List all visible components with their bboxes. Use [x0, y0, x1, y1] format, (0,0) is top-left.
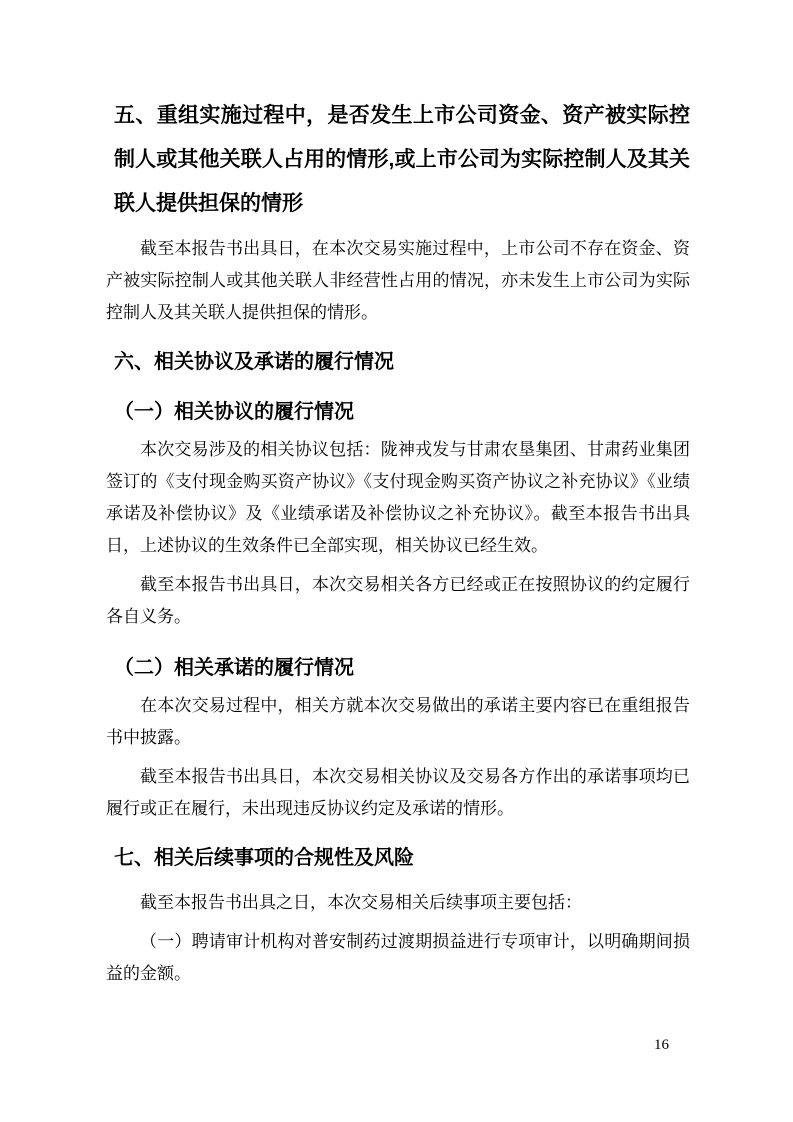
section-heading-6-2: （二）相关承诺的履行情况: [114, 653, 690, 683]
paragraph-6-1-2: 截至本报告书出具日，本次交易相关各方已经或正在按照协议的约定履行各自义务。: [106, 569, 690, 633]
paragraph-5-1: 截至本报告书出具日，在本次交易实施过程中，上市公司不存在资金、资产被实际控制人或…: [106, 233, 690, 329]
paragraph-7-2: （一）聘请审计机构对普安制药过渡期损益进行专项审计，以明确期间损益的金额。: [106, 926, 690, 990]
paragraph-6-2-1: 在本次交易过程中，相关方就本次交易做出的承诺主要内容已在重组报告书中披露。: [106, 690, 690, 754]
page-number: 16: [654, 1036, 669, 1054]
paragraph-7-1: 截至本报告书出具之日，本次交易相关后续事项主要包括：: [106, 887, 690, 919]
paragraph-6-1-1: 本次交易涉及的相关协议包括：陇神戎发与甘肃农垦集团、甘肃药业集团签订的《支付现金…: [106, 434, 690, 562]
paragraph-6-2-2: 截至本报告书出具日，本次交易相关协议及交易各方作出的承诺事项均已履行或正在履行，…: [106, 761, 690, 825]
chapter-heading-7: 七、相关后续事项的合规性及风险: [114, 843, 690, 873]
chapter-heading-6: 六、相关协议及承诺的履行情况: [114, 347, 690, 377]
document-content: 五、重组实施过程中，是否发生上市公司资金、资产被实际控制人或其他关联人占用的情形…: [0, 94, 793, 990]
document-page: 五、重组实施过程中，是否发生上市公司资金、资产被实际控制人或其他关联人占用的情形…: [0, 0, 793, 1122]
chapter-heading-5: 五、重组实施过程中，是否发生上市公司资金、资产被实际控制人或其他关联人占用的情形…: [114, 94, 690, 226]
section-heading-6-1: （一）相关协议的履行情况: [114, 397, 690, 427]
